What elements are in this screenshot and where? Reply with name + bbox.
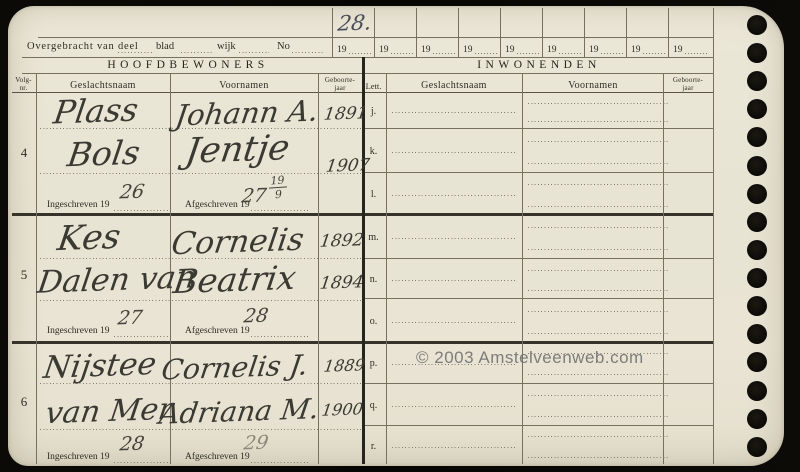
ingeschreven-label: Ingeschreven 19 [47, 200, 110, 210]
year-prefix: 19 [379, 46, 389, 56]
fill-in-rule [559, 53, 581, 54]
blad-label: blad [156, 41, 174, 52]
entry-rule [528, 183, 668, 185]
volgnr-value: 4 [12, 145, 36, 161]
year-prefix: 19 [631, 46, 641, 56]
afgeschreven-label: Afgeschreven 19 [185, 326, 250, 336]
entry-rule [392, 279, 516, 281]
birthyear-handwritten: 1900 [321, 401, 364, 418]
firstnames-handwritten: Beatrix [171, 261, 298, 298]
fraction-numerator: 19 [268, 174, 287, 188]
year-prefix: 19 [463, 46, 473, 56]
year-box: 19 [631, 43, 665, 55]
fill-in-rule [114, 209, 170, 211]
entry-rule [528, 140, 668, 142]
afgeschreven-year-handwritten: 29 [243, 434, 270, 454]
no-label: No [277, 41, 290, 52]
wijk-label: wijk [217, 41, 236, 52]
afgeschreven-label: Afgeschreven 19 [185, 452, 250, 462]
grid-line [22, 57, 713, 58]
year-box-divider [374, 8, 375, 57]
year-box: 19 [547, 43, 581, 55]
entry-rule [528, 162, 668, 164]
entry-rule [528, 289, 668, 291]
firstnames-handwritten: Cornelis J. [160, 351, 310, 384]
fill-in-rule [517, 53, 539, 54]
geboortejaar-line2: jaar [334, 84, 345, 92]
card-number-handwritten: 28. [336, 12, 373, 34]
volgnr-line2: nr. [20, 84, 28, 92]
fill-in-rule [114, 461, 170, 463]
year-box: 19 [379, 43, 413, 55]
year-box: 19 [673, 43, 707, 55]
year-box-divider [542, 8, 543, 57]
punch-hole [747, 409, 767, 429]
ingeschreven-year-handwritten: 26 [119, 183, 146, 203]
geboortejaar-line1: Geboorte- [673, 76, 703, 84]
year-box-divider [332, 8, 333, 57]
column-header-lett: Lett. [362, 81, 385, 91]
punch-hole [747, 99, 767, 119]
fill-in-rule [181, 51, 213, 53]
entry-rule [392, 111, 516, 113]
column-header-geslachtsnaam-left: Geslachtsnaam [40, 80, 166, 91]
entry-rule [528, 456, 668, 458]
column-divider [36, 73, 37, 464]
ingeschreven-year-handwritten: 27 [117, 309, 144, 329]
punch-hole [747, 43, 767, 63]
fill-in-rule [114, 335, 170, 337]
year-prefix: 19 [673, 46, 683, 56]
punch-hole [747, 212, 767, 232]
punch-hole [747, 184, 767, 204]
entry-rule [528, 102, 668, 104]
grid-line [365, 172, 713, 173]
section-title-hoofdbewoners: HOOFDBEWONERS [38, 59, 338, 71]
volgnr-value: 6 [12, 394, 36, 410]
punch-hole [747, 15, 767, 35]
entry-rule [528, 310, 668, 312]
birthyear-handwritten: 1907 [325, 157, 371, 175]
grid-line [365, 298, 713, 299]
fill-in-rule [685, 53, 707, 54]
entry-rule [392, 151, 516, 153]
year-box: 19 [421, 43, 455, 55]
grid-line [365, 383, 713, 384]
punch-hole [747, 437, 767, 457]
letter-label: m. [363, 232, 384, 243]
fill-in-rule [349, 53, 371, 54]
letter-label: k. [363, 146, 384, 157]
fill-in-rule [251, 209, 309, 211]
punch-hole [747, 381, 767, 401]
column-header-voornamen-right: Voornamen [526, 80, 660, 91]
ingeschreven-year-handwritten: 28 [119, 435, 146, 455]
year-box-divider [500, 8, 501, 57]
entry-rule [528, 435, 668, 437]
fill-in-rule [239, 51, 269, 53]
punch-hole [747, 240, 767, 260]
fill-in-rule [391, 53, 413, 54]
entry-rule [528, 269, 668, 271]
fill-in-rule [292, 51, 325, 53]
afgeschreven-year-handwritten: 27 [241, 187, 268, 207]
table-right-edge [713, 8, 714, 464]
letter-label: r. [363, 441, 384, 452]
year-box-divider [668, 8, 669, 57]
ingeschreven-label: Ingeschreven 19 [47, 326, 110, 336]
year-box-divider [416, 8, 417, 57]
entry-rule [392, 237, 516, 239]
letter-label: l. [363, 189, 384, 200]
firstnames-handwritten: Adriana M. [158, 395, 321, 429]
year-box-divider [458, 8, 459, 57]
firstnames-handwritten: Johann A. [174, 97, 321, 131]
geboortejaar-line1: Geboorte- [325, 76, 355, 84]
surname-handwritten: Plass [52, 94, 141, 129]
firstnames-handwritten: Jentje [183, 131, 291, 170]
punch-hole [747, 156, 767, 176]
punch-hole [747, 268, 767, 288]
surname-handwritten: Bols [65, 136, 142, 171]
year-box: 19 [337, 43, 371, 55]
grid-line [365, 258, 713, 259]
column-divider [522, 73, 523, 464]
column-header-volgnr: Volg- nr. [11, 76, 36, 93]
entry-rule [392, 405, 516, 407]
grid-line [38, 37, 713, 38]
volgnr-value: 5 [12, 267, 36, 283]
firstnames-handwritten: Cornelis [169, 225, 305, 261]
column-header-geboortejaar-right: Geboorte- jaar [665, 76, 711, 93]
entry-rule [528, 120, 668, 122]
column-divider [386, 73, 387, 464]
punch-hole [747, 127, 767, 147]
year-prefix: 19 [505, 46, 515, 56]
scan-background: Overgebracht van deel blad wijk No 28. 1… [0, 0, 800, 472]
fill-in-rule [601, 53, 623, 54]
birthyear-handwritten: 1894 [319, 274, 365, 292]
punch-hole [747, 71, 767, 91]
fill-in-rule [475, 53, 497, 54]
column-header-voornamen-left: Voornamen [174, 80, 314, 91]
punch-hole [747, 352, 767, 372]
afgeschreven-date-fraction: 19 9 [268, 174, 288, 200]
year-box-divider [584, 8, 585, 57]
birthyear-handwritten: 1889 [323, 357, 366, 374]
fill-in-rule [251, 335, 309, 337]
year-prefix: 19 [337, 46, 347, 56]
volgnr-line1: Volg- [15, 76, 31, 84]
column-header-geboortejaar-left: Geboorte- jaar [319, 76, 361, 93]
letter-label: o. [363, 316, 384, 327]
watermark: © 2003 Amstelveenweb.com [416, 348, 626, 368]
geboortejaar-line2: jaar [682, 84, 693, 92]
letter-label: q. [363, 400, 384, 411]
year-prefix: 19 [589, 46, 599, 56]
entry-rule [528, 332, 668, 334]
year-box: 19 [589, 43, 623, 55]
entry-rule [392, 194, 516, 196]
entry-rule [528, 394, 668, 396]
entry-rule [392, 446, 516, 448]
surname-handwritten: Kes [55, 220, 122, 256]
entry-rule [528, 226, 668, 228]
birthyear-handwritten: 1891 [323, 105, 369, 123]
grid-line [22, 73, 713, 74]
afgeschreven-year-handwritten: 28 [243, 307, 270, 327]
year-box-divider [626, 8, 627, 57]
column-header-geslachtsnaam-right: Geslachtsnaam [390, 80, 518, 91]
ingeschreven-label: Ingeschreven 19 [47, 452, 110, 462]
year-prefix: 19 [547, 46, 557, 56]
fill-in-rule [433, 53, 455, 54]
entry-rule [528, 415, 668, 417]
entry-rule [528, 205, 668, 207]
grid-line [365, 425, 713, 426]
birthyear-handwritten: 1892 [319, 232, 365, 250]
year-prefix: 19 [421, 46, 431, 56]
fill-in-rule [251, 461, 309, 463]
entry-rule [528, 373, 668, 375]
surname-handwritten: van Mer [44, 395, 175, 429]
punch-hole [747, 296, 767, 316]
year-box: 19 [463, 43, 497, 55]
year-box: 19 [505, 43, 539, 55]
fill-in-rule [643, 53, 665, 54]
grid-line [365, 128, 713, 129]
surname-handwritten: Nijstee [41, 349, 158, 384]
entry-rule [392, 321, 516, 323]
punch-hole [747, 324, 767, 344]
fraction-denominator: 9 [269, 187, 288, 200]
entry-rule [528, 248, 668, 250]
letter-label: n. [363, 274, 384, 285]
registration-card: Overgebracht van deel blad wijk No 28. 1… [8, 6, 784, 466]
section-title-inwonenden: INWONENDEN [403, 59, 675, 71]
fill-in-rule [118, 51, 152, 53]
letter-label: j. [363, 106, 384, 117]
letter-label: p. [363, 358, 384, 369]
